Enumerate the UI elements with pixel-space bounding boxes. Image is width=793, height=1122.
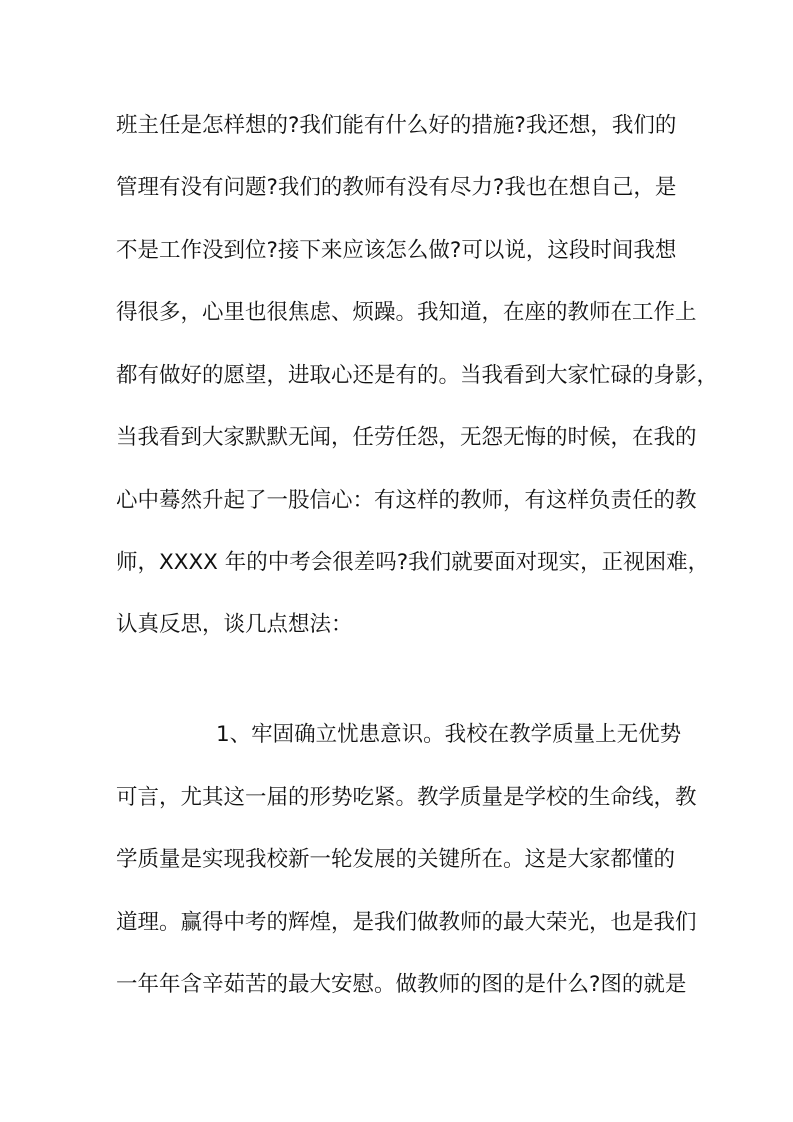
text-line: 道理。赢得中考的辉煌，是我们做教师的最大荣光，也是我们 bbox=[116, 910, 686, 936]
text-line: 学质量是实现我校新一轮发展的关键所在。这是大家都懂的 bbox=[116, 847, 686, 873]
text-line: 可言，尤其这一届的形势吃紧。教学质量是学校的生命线，教 bbox=[116, 785, 686, 811]
document-page: 班主任是怎样想的?我们能有什么好的措施?我还想，我们的 管理有没有问题?我们的教… bbox=[0, 0, 793, 1122]
text-line: 得很多，心里也很焦虑、烦躁。我知道，在座的教师在工作上 bbox=[116, 300, 686, 326]
text-line: 一年年含辛茹苦的最大安慰。做教师的图的是什么?图的就是 bbox=[116, 972, 686, 998]
text-line: 不是工作没到位?接下来应该怎么做?可以说，这段时间我想 bbox=[116, 238, 686, 264]
text-line: 班主任是怎样想的?我们能有什么好的措施?我还想，我们的 bbox=[116, 113, 686, 139]
text-line: 心中蓦然升起了一股信心：有这样的教师，有这样负责任的教 bbox=[116, 488, 686, 514]
text-line: 师，XXXX 年的中考会很差吗?我们就要面对现实，正视困难， bbox=[116, 550, 686, 576]
text-line: 当我看到大家默默无闻，任劳任怨，无怨无悔的时候，在我的 bbox=[116, 425, 686, 451]
text-line: 管理有没有问题?我们的教师有没有尽力?我也在想自己，是 bbox=[116, 175, 686, 201]
numbered-item-heading-line: 1、牢固确立忧患意识。我校在教学质量上无优势 bbox=[216, 722, 686, 748]
text-line: 认真反思，谈几点想法： bbox=[116, 612, 686, 638]
text-line: 都有做好的愿望，进取心还是有的。当我看到大家忙碌的身影， bbox=[116, 363, 686, 389]
